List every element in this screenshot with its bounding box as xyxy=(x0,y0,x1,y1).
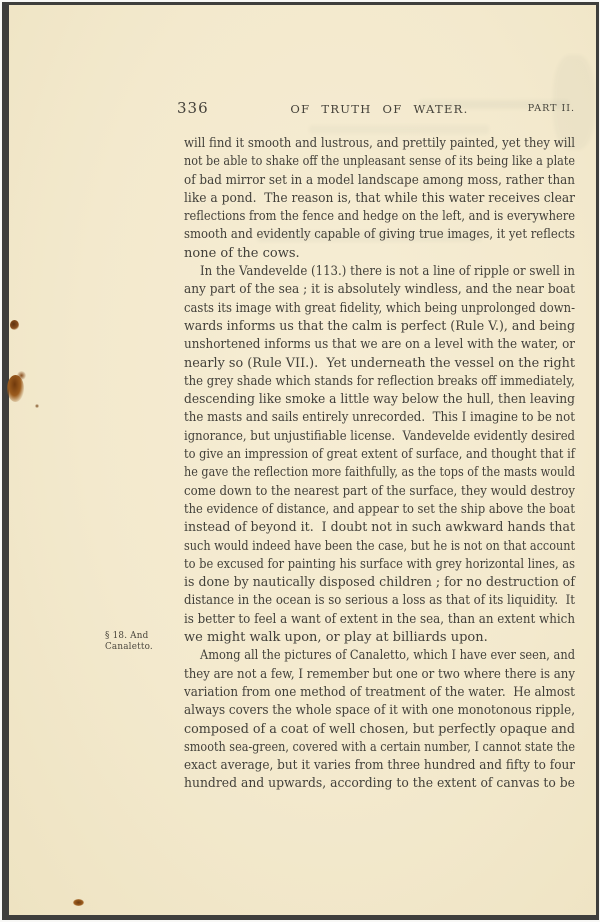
text-line: the grey shade which stands for reflecti… xyxy=(184,373,575,391)
foxing-stain-large-tail xyxy=(17,371,26,380)
text-line: casts its image with great fidelity, whi… xyxy=(184,300,575,318)
scanned-book-photo: 336 OF TRUTH OF WATER. PART II. § 18. An… xyxy=(0,0,600,922)
text-line: of bad mirror set in a model landscape a… xyxy=(184,172,575,190)
text-line: unshortened informs us that we are on a … xyxy=(184,336,575,354)
foxing-stain-bottom xyxy=(73,899,84,906)
text-line: hundred and upwards, according to the ex… xyxy=(184,775,575,793)
margin-note-line1: § 18. And xyxy=(105,631,175,642)
text-line: Among all the pictures of Canaletto, whi… xyxy=(184,647,575,665)
text-line: smooth sea-green, covered with a certain… xyxy=(184,739,575,757)
text-line: always covers the whole space of it with… xyxy=(184,702,575,720)
text-line: come down to the nearest part of the sur… xyxy=(184,483,575,501)
bleed-through-smudge xyxy=(257,231,482,242)
text-line: variation from one method of treatment o… xyxy=(184,684,575,702)
text-line: In the Vandevelde (113.) there is not a … xyxy=(184,263,575,281)
margin-note: § 18. And Canaletto. xyxy=(105,631,175,652)
text-line: not be able to shake off the unpleasant … xyxy=(184,153,575,171)
text-line: is better to feel a want of extent in th… xyxy=(184,611,575,629)
bleed-through-smudge xyxy=(553,55,595,150)
foxing-speck xyxy=(35,404,39,408)
bleed-through-smudge xyxy=(419,100,569,109)
text-line: descending like smoke a little way below… xyxy=(184,391,575,409)
text-line: nearly so (Rule VII.). Yet underneath th… xyxy=(184,355,575,373)
margin-note-line2: Canaletto. xyxy=(105,642,175,653)
text-line: he gave the reflection more faithfully, … xyxy=(184,464,575,482)
text-line: to be excused for painting his surface w… xyxy=(184,556,575,574)
text-line: instead of beyond it. I doubt not in suc… xyxy=(184,519,575,537)
text-line: distance in the ocean is so serious a lo… xyxy=(184,592,575,610)
text-line: such would indeed have been the case, bu… xyxy=(184,538,575,556)
text-line: the masts and sails entirely unrecorded.… xyxy=(184,409,575,427)
text-line: like a pond. The reason is, that while t… xyxy=(184,190,575,208)
text-line: any part of the sea ; it is absolutely w… xyxy=(184,281,575,299)
text-line: they are not a few, I remember but one o… xyxy=(184,666,575,684)
text-line: is done by nautically disposed children … xyxy=(184,574,575,592)
text-line: to give an impression of great extent of… xyxy=(184,446,575,464)
text-line: we might walk upon, or play at billiards… xyxy=(184,629,575,647)
book-page: 336 OF TRUTH OF WATER. PART II. § 18. An… xyxy=(2,2,599,920)
text-line: ignorance, but unjustifiable license. Va… xyxy=(184,428,575,446)
text-line: reflections from the fence and hedge on … xyxy=(184,208,575,226)
text-line: exact average, but it varies from three … xyxy=(184,757,575,775)
text-line: none of the cows. xyxy=(184,245,575,263)
text-line: wards informs us that the calm is perfec… xyxy=(184,318,575,336)
text-line: composed of a coat of well chosen, but p… xyxy=(184,721,575,739)
foxing-stain-small xyxy=(10,320,19,330)
bleed-through-smudge xyxy=(309,125,489,134)
text-line: will find it smooth and lustrous, and pr… xyxy=(184,135,575,153)
text-line: the evidence of distance, and appear to … xyxy=(184,501,575,519)
